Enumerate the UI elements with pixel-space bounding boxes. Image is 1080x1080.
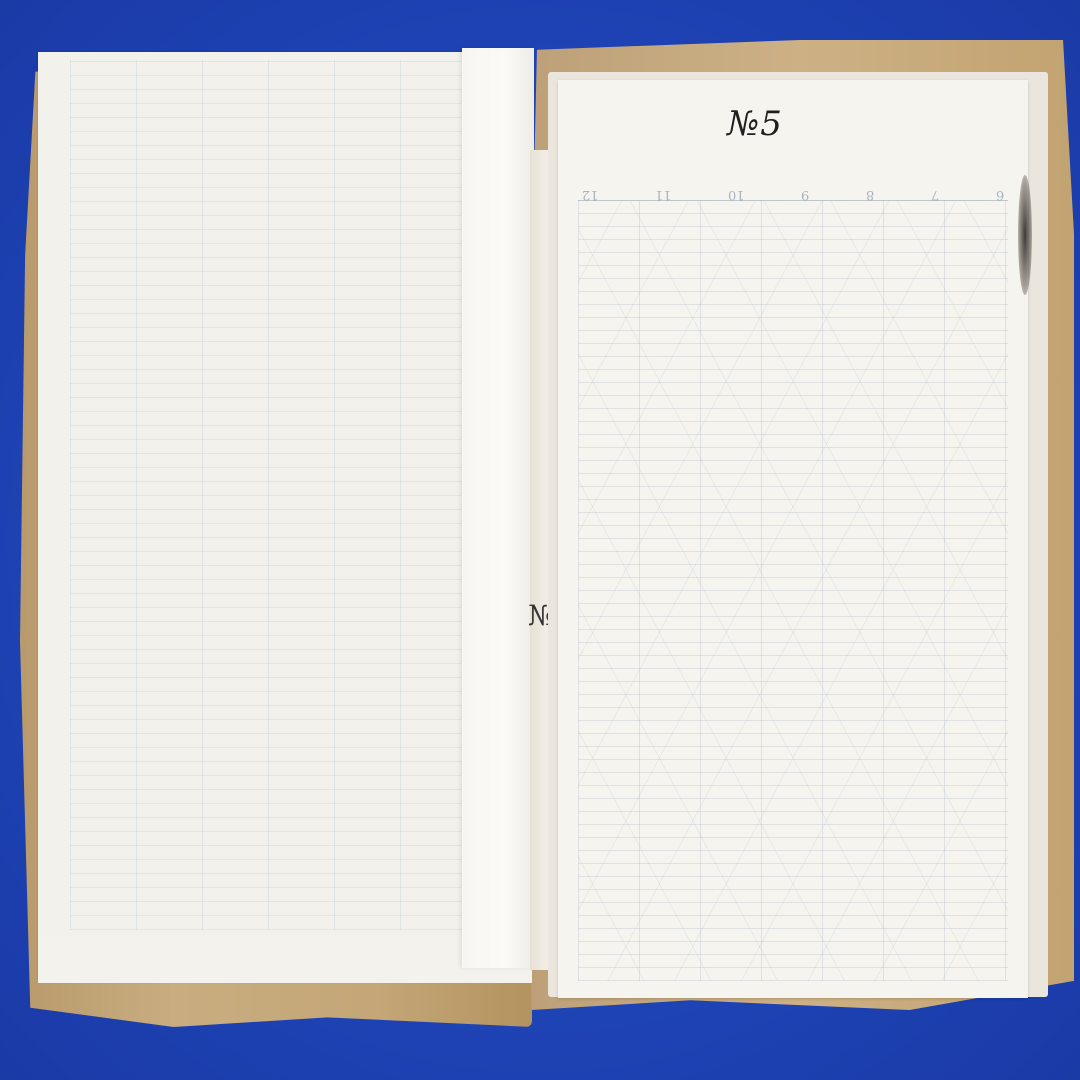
column-header: 9 bbox=[801, 180, 809, 202]
column-header: 8 bbox=[866, 180, 874, 202]
column-header: 11 bbox=[655, 180, 672, 202]
right-page-grid bbox=[578, 200, 1008, 981]
left-page-bottom-edge bbox=[38, 935, 532, 983]
folded-leaf-flap bbox=[462, 48, 534, 968]
column-header: 10 bbox=[728, 180, 745, 202]
ink-stain bbox=[1018, 175, 1032, 295]
left-page-grid bbox=[70, 60, 471, 930]
column-header-row: 12 11 10 9 8 7 6 bbox=[578, 180, 1008, 202]
column-header: 7 bbox=[931, 180, 939, 202]
column-header: 12 bbox=[582, 180, 599, 202]
page-number-title: №5 bbox=[700, 104, 810, 154]
column-header: 6 bbox=[996, 180, 1004, 202]
